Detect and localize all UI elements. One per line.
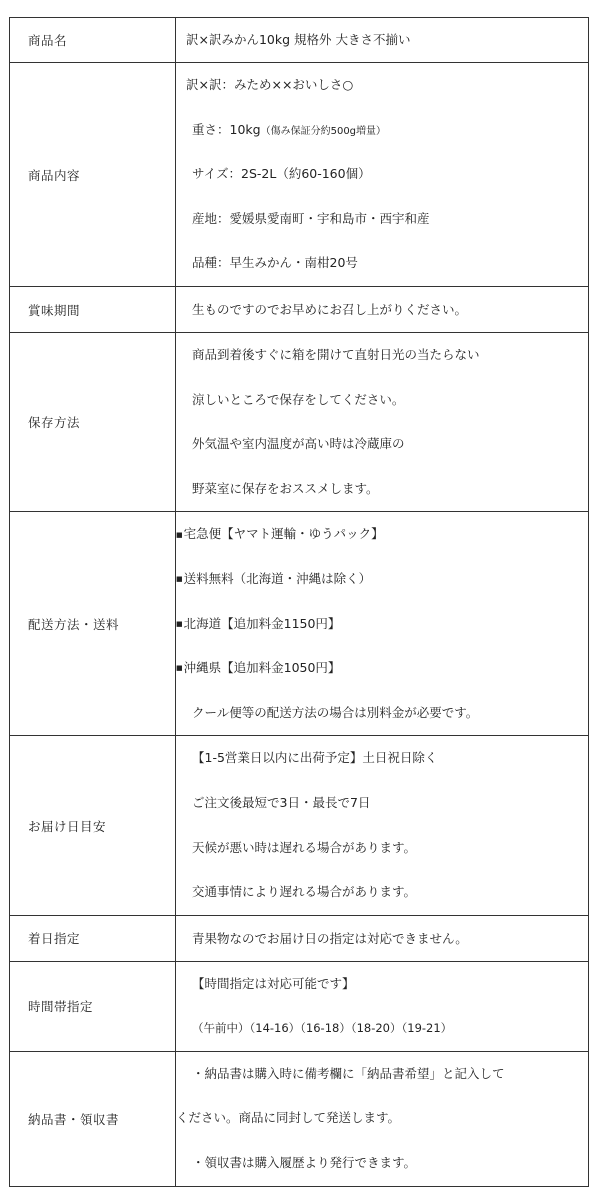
delivery-line-3: 天候が悪い時は遅れる場合があります。 bbox=[176, 826, 588, 871]
row-shipping: 配送方法・送料 ■宅急便【ヤマト運輸・ゆうパック】 ■送料無料（北海道・沖縄は除… bbox=[10, 512, 589, 736]
row-arrival-date: 着日指定 青果物なのでお届け日の指定は対応できません。 bbox=[10, 915, 589, 961]
bullet-icon: ■ bbox=[176, 531, 183, 539]
arrival-date-value: 青果物なのでお届け日の指定は対応できません。 bbox=[176, 916, 588, 961]
shipping-carrier: ■宅急便【ヤマト運輸・ゆうパック】 bbox=[176, 512, 588, 557]
row-shelf-life: 賞味期間 生ものですのでお早めにお召し上がりください。 bbox=[10, 287, 589, 333]
contents-weight: 重さ：10kg（傷み保証分約500g増量） bbox=[176, 108, 588, 153]
bullet-icon: ■ bbox=[176, 620, 183, 628]
time-slot-options: （午前中）（14-16）（16-18）（18-20）（19-21） bbox=[176, 1006, 588, 1050]
storage-line-1: 商品到着後すぐに箱を開けて直射日光の当たらない bbox=[176, 333, 588, 378]
shelf-life-value: 生ものですのでお早めにお召し上がりください。 bbox=[176, 287, 588, 332]
label-product-contents: 商品内容 bbox=[10, 63, 176, 287]
storage-line-4: 野菜室に保存をおススメします。 bbox=[176, 467, 588, 512]
row-storage: 保存方法 商品到着後すぐに箱を開けて直射日光の当たらない 涼しいところで保存をし… bbox=[10, 333, 589, 512]
contents-quality: 訳×訳：みため××おいしさ○ bbox=[176, 63, 588, 108]
label-shipping: 配送方法・送料 bbox=[10, 512, 176, 736]
label-time-slot: 時間帯指定 bbox=[10, 961, 176, 1051]
shipping-free: ■送料無料（北海道・沖縄は除く） bbox=[176, 557, 588, 602]
shipping-cool-note: クール便等の配送方法の場合は別料金が必要です。 bbox=[176, 691, 588, 736]
delivery-line-1: 【1-5営業日以内に出荷予定】土日祝日除く bbox=[176, 736, 588, 781]
bullet-icon: ■ bbox=[176, 664, 183, 672]
label-product-name: 商品名 bbox=[10, 18, 176, 63]
product-name-value: 訳×訳みかん10kg 規格外 大きさ不揃い bbox=[176, 18, 588, 62]
row-delivery-estimate: お届け日目安 【1-5営業日以内に出荷予定】土日祝日除く ご注文後最短で3日・最… bbox=[10, 736, 589, 915]
shipping-hokkaido: ■北海道【追加料金1150円】 bbox=[176, 602, 588, 647]
delivery-line-2: ご注文後最短で3日・最長で7日 bbox=[176, 781, 588, 826]
receipt-line: ・領収書は購入履歴より発行できます。 bbox=[176, 1141, 588, 1186]
invoice-line-2: ください。商品に同封して発送します。 bbox=[176, 1096, 588, 1141]
shipping-okinawa: ■沖縄県【追加料金1050円】 bbox=[176, 646, 588, 691]
storage-line-2: 涼しいところで保存をしてください。 bbox=[176, 378, 588, 423]
contents-weight-note: （傷み保証分約500g増量） bbox=[261, 126, 386, 137]
time-slot-available: 【時間指定は対応可能です】 bbox=[176, 962, 588, 1006]
row-invoice-receipt: 納品書・領収書 ・納品書は購入時に備考欄に「納品書希望」と記入して ください。商… bbox=[10, 1051, 589, 1186]
contents-size: サイズ：2S-2L（約60-160個） bbox=[176, 152, 588, 197]
storage-line-3: 外気温や室内温度が高い時は冷蔵庫の bbox=[176, 422, 588, 467]
product-spec-table: 商品名 訳×訳みかん10kg 規格外 大きさ不揃い 商品内容 訳×訳：みため××… bbox=[9, 17, 589, 1187]
invoice-line-1: ・納品書は購入時に備考欄に「納品書希望」と記入して bbox=[176, 1052, 588, 1097]
label-delivery-estimate: お届け日目安 bbox=[10, 736, 176, 915]
contents-origin: 産地：愛媛県愛南町・宇和島市・西宇和産 bbox=[176, 197, 588, 242]
delivery-line-4: 交通事情により遅れる場合があります。 bbox=[176, 870, 588, 915]
row-time-slot: 時間帯指定 【時間指定は対応可能です】 （午前中）（14-16）（16-18）（… bbox=[10, 961, 589, 1051]
contents-variety: 品種：早生みかん・南柑20号 bbox=[176, 241, 588, 286]
label-shelf-life: 賞味期間 bbox=[10, 287, 176, 333]
row-product-name: 商品名 訳×訳みかん10kg 規格外 大きさ不揃い bbox=[10, 18, 589, 63]
row-product-contents: 商品内容 訳×訳：みため××おいしさ○ 重さ：10kg（傷み保証分約500g増量… bbox=[10, 63, 589, 287]
label-invoice-receipt: 納品書・領収書 bbox=[10, 1051, 176, 1186]
bullet-icon: ■ bbox=[176, 575, 183, 583]
label-storage: 保存方法 bbox=[10, 333, 176, 512]
label-arrival-date: 着日指定 bbox=[10, 915, 176, 961]
